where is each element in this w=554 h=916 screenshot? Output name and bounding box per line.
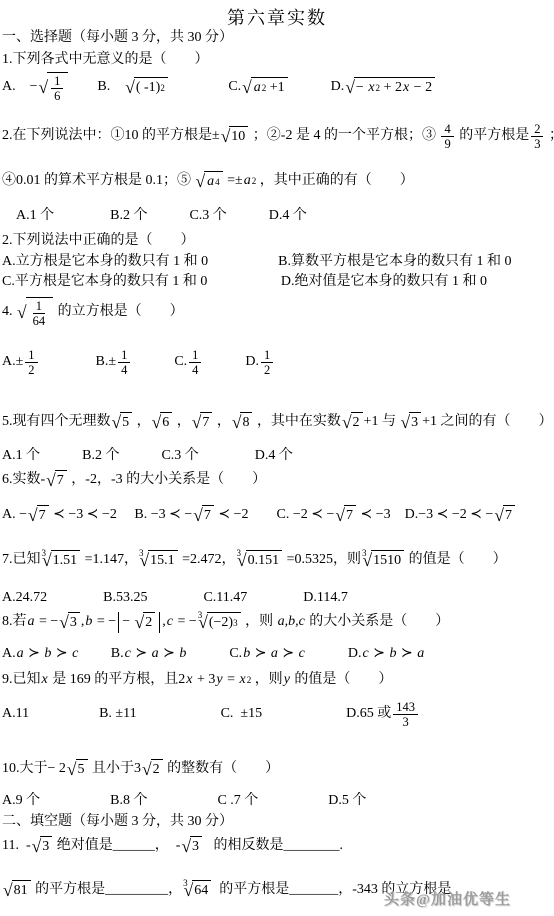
- math-exponent: 4: [215, 178, 220, 187]
- text-run: −: [356, 79, 367, 98]
- radicand: 5: [120, 412, 132, 433]
- math-square-root: √( -1)2: [125, 77, 168, 98]
- text-run: − 2: [410, 79, 432, 98]
- text-run: ，: [213, 413, 231, 432]
- question-1-stem: 1.下列各式中无意义的是（ ）: [2, 51, 209, 70]
- math-fraction: 1433: [393, 700, 418, 730]
- math-square-root: √2: [342, 412, 363, 433]
- text-run: ；: [545, 127, 554, 146]
- fraction-denominator: 6: [51, 89, 63, 103]
- question-4-stem: 4. √164 的立方根是（ ）: [2, 297, 184, 329]
- radicand: 10: [229, 126, 248, 147]
- radicand: 16: [47, 72, 68, 104]
- radicand: 8: [240, 412, 252, 433]
- text-run: 的值是（ ）: [291, 671, 393, 690]
- radicand: 3: [409, 412, 421, 433]
- question-10-options: A.9 个 B.8 个 C .7 个 D.5 个: [2, 792, 366, 811]
- text-run: A.9 个 B.8 个 C .7 个 D.5 个: [2, 792, 366, 811]
- question-9-stem: 9.已知x 是 169 的平方根，且2x + 3y = x2 ，则y 的值是（ …: [2, 671, 392, 690]
- text-run: ，则: [242, 613, 277, 632]
- math-variable: a: [243, 172, 252, 191]
- document-title: 第六章实数: [0, 4, 554, 30]
- math-absolute-value: − √2: [118, 612, 160, 633]
- text-run: A.1 个 B.2 个 C.3 个 D.4 个: [2, 207, 307, 226]
- question-6-stem: 6.实数-√7 ，-2，-3 的大小关系是（ ）: [2, 470, 266, 491]
- text-run: 6.实数-: [2, 471, 45, 490]
- math-variable: c: [71, 645, 79, 664]
- radicand: 0.151: [246, 550, 283, 571]
- math-square-root: √2: [135, 612, 156, 633]
- text-run: (−2): [209, 614, 233, 633]
- math-cube-root: 3√1510: [362, 550, 404, 571]
- math-variable: x: [367, 79, 375, 98]
- text-run: 8: [242, 414, 249, 433]
- math-fraction: 12: [25, 348, 37, 378]
- root-index: 3: [139, 547, 144, 559]
- text-run: 10.大于− 2: [2, 760, 66, 779]
- math-variable: a: [16, 645, 25, 664]
- text-run: 2: [153, 761, 160, 780]
- question-1-options: A. −√16 B. √( -1)2 C.√a2 +1 D.√− x2 + 2x…: [2, 72, 436, 104]
- text-run: 8.若: [2, 613, 27, 632]
- text-run: B.: [79, 645, 123, 664]
- text-run: 1.下列各式中无意义的是（ ）: [2, 51, 209, 70]
- text-run: + 3: [193, 671, 215, 690]
- text-run: 7: [505, 507, 512, 526]
- question-3-options-ab: A.立方根是它本身的数只有 1 和 0 B.算数平方根是它本身的数只有 1 和 …: [2, 253, 511, 272]
- math-variable: a: [416, 645, 425, 664]
- text-run: ≺ −3 D.−3 ≺ −2 ≺ −: [357, 506, 493, 525]
- text-run: =±: [224, 172, 243, 191]
- text-run: D.: [306, 645, 362, 664]
- text-run: 64: [194, 882, 208, 901]
- text-run: A.: [2, 645, 16, 664]
- section-2-heading: 二、填空题（每小题 3 分，共 30 分）: [2, 813, 233, 832]
- radicand: 1.51: [51, 550, 81, 571]
- radicand: 2: [351, 412, 363, 433]
- math-variable: b: [388, 645, 397, 664]
- math-exponent: 2: [160, 84, 165, 93]
- math-square-root: √a2 +1: [242, 77, 288, 98]
- math-fraction: 23: [531, 122, 543, 152]
- math-variable: a: [270, 645, 279, 664]
- radicand: 3: [40, 836, 52, 857]
- text-run: ，-2，-3 的大小关系是（ ）: [68, 471, 266, 490]
- text-run: 1.51: [53, 552, 78, 571]
- text-run: =2.472，: [179, 551, 236, 570]
- math-square-root: √3: [59, 612, 80, 633]
- root-index: 3: [42, 547, 47, 559]
- text-run: −: [122, 613, 133, 632]
- math-variable: a: [253, 79, 262, 98]
- radicand: 164: [26, 297, 54, 329]
- math-fraction: 14: [189, 348, 201, 378]
- fraction-numerator: 1: [33, 299, 45, 314]
- text-run: ；②-2 是 4 的一个平方根；③: [249, 127, 439, 146]
- radicand: 7: [55, 470, 67, 491]
- text-run: = −: [36, 613, 59, 632]
- root-index: 3: [183, 877, 188, 889]
- text-run: 的相反数是________.: [203, 837, 343, 856]
- text-run: 0.151: [248, 552, 280, 571]
- math-fraction: 16: [51, 74, 63, 104]
- text-run: 的值是（ ）: [405, 551, 507, 570]
- fraction-numerator: 2: [531, 122, 543, 137]
- text-run: 5: [78, 761, 85, 780]
- radicand: a2 +1: [251, 77, 288, 98]
- fraction-denominator: 9: [441, 137, 453, 151]
- text-run: 绝对值是______， -: [53, 837, 180, 856]
- watermark: 头条@加油优等生: [384, 888, 511, 909]
- math-cube-root: 3√(−2)3: [198, 612, 241, 633]
- math-square-root: √a4: [196, 171, 223, 192]
- question-3-stem: 2.下列说法中正确的是（ ）: [2, 232, 195, 251]
- math-variable: c: [362, 645, 370, 664]
- text-run: A. −: [2, 78, 38, 97]
- question-11: 11. -√3 绝对值是______， -√3 的相反数是________.: [2, 836, 343, 857]
- text-run: C.: [169, 78, 241, 97]
- text-run: ≻: [132, 645, 151, 664]
- text-run: 一、选择题（每小题 3 分，共 30 分）: [2, 29, 233, 48]
- math-variable: x: [185, 671, 193, 690]
- math-square-root: √7: [193, 505, 214, 526]
- question-5-stem: 5.现有四个无理数√5 ，√6 ，√7 ，√8 ，其中在实数√2+1 与 √3+…: [2, 412, 552, 433]
- fraction-denominator: 2: [261, 363, 273, 377]
- section-1-heading: 一、选择题（每小题 3 分，共 30 分）: [2, 29, 233, 48]
- math-variable: b: [178, 645, 187, 664]
- math-square-root: √2: [142, 759, 163, 780]
- math-variable: a: [206, 173, 215, 192]
- text-run: 2.下列说法中正确的是（ ）: [2, 232, 195, 251]
- fraction-numerator: 1: [25, 348, 37, 363]
- math-variable: x: [402, 79, 410, 98]
- radicand: 3: [190, 836, 202, 857]
- fraction-numerator: 1: [189, 348, 201, 363]
- question-8-options: A.a ≻ b ≻ c B.c ≻ a ≻ b C.b ≻ a ≻ c D.c …: [2, 645, 425, 664]
- math-fraction: 12: [261, 348, 273, 378]
- text-run: 7: [346, 507, 353, 526]
- math-cube-root: 3√15.1: [139, 550, 178, 571]
- math-variable: a: [151, 645, 160, 664]
- text-run: ，其中在实数: [253, 413, 341, 432]
- text-run: ，: [133, 413, 151, 432]
- text-run: 1510: [373, 552, 401, 571]
- text-run: +1 之间的有（ ）: [422, 413, 552, 432]
- text-run: 6: [162, 414, 169, 433]
- question-5-options: A.1 个 B.2 个 C.3 个 D.4 个: [2, 447, 293, 466]
- math-variable: c: [166, 613, 174, 632]
- math-square-root: √7: [46, 470, 67, 491]
- math-square-root: √7: [494, 505, 515, 526]
- fraction-denominator: 3: [531, 137, 543, 151]
- text-run: 7: [39, 507, 46, 526]
- radicand: 1510: [371, 550, 404, 571]
- text-run: 的大小关系是（ ）: [306, 613, 450, 632]
- text-run: 是 169 的平方根，且2: [49, 671, 186, 690]
- text-run: A.11 B. ±11 C. ±15 D.65 或: [2, 705, 391, 724]
- text-run: 2: [353, 414, 360, 433]
- math-square-root: √5: [67, 759, 88, 780]
- text-run: 11. -: [2, 837, 31, 856]
- text-run: +1: [266, 79, 284, 98]
- root-index: 3: [362, 547, 367, 559]
- radicand: 2: [151, 759, 163, 780]
- math-square-root: √10: [221, 126, 249, 147]
- text-run: C.: [132, 353, 187, 372]
- question-2-line-1: 2.在下列说法中：①10 的平方根是±√10 ；②-2 是 4 的一个平方根；③…: [2, 122, 554, 152]
- text-run: 9.已知: [2, 671, 41, 690]
- math-variable: y: [215, 671, 223, 690]
- math-variable: x: [238, 671, 246, 690]
- text-run: D.: [203, 353, 259, 372]
- math-variable: b: [84, 613, 93, 632]
- text-run: ≻: [251, 645, 270, 664]
- text-run: C.平方根是它本身的数只有 1 和 0 D.绝对值是它本身的数只有 1 和 0: [2, 273, 487, 292]
- radicand: 7: [344, 505, 356, 526]
- fraction-numerator: 1: [118, 348, 130, 363]
- math-variable: c: [298, 645, 306, 664]
- math-variable: x: [41, 671, 49, 690]
- radicand: (−2)3: [207, 612, 241, 633]
- radicand: − x2 + 2x − 2: [354, 77, 435, 98]
- text-run: 7: [202, 414, 209, 433]
- text-run: ≻: [25, 645, 44, 664]
- text-run: 10: [231, 128, 245, 147]
- text-run: B.±: [40, 353, 117, 372]
- text-run: A.1 个 B.2 个 C.3 个 D.4 个: [2, 447, 293, 466]
- text-run: 81: [14, 882, 28, 901]
- question-7-options: A.24.72 B.53.25 C.11.47 D.114.7: [2, 589, 348, 608]
- fraction-numerator: 1: [261, 348, 273, 363]
- text-run: 且小于3: [89, 760, 142, 779]
- text-run: 4.: [2, 303, 16, 322]
- question-6-options: A. −√7 ≺ −3 ≺ −2 B. −3 ≺ −√7 ≺ −2 C. −2 …: [2, 505, 516, 526]
- math-square-root: √16: [39, 72, 69, 104]
- fraction-denominator: 64: [30, 314, 49, 328]
- text-run: 7.已知: [2, 551, 41, 570]
- radicand: 64: [192, 880, 211, 901]
- fraction-denominator: 2: [25, 363, 37, 377]
- fraction-numerator: 1: [51, 74, 63, 89]
- text-run: 2: [145, 614, 152, 633]
- root-index: 3: [198, 609, 203, 621]
- math-fraction: 14: [118, 348, 130, 378]
- math-square-root: √81: [3, 880, 31, 901]
- text-run: ④0.01 的算术平方根是 0.1；⑤: [2, 172, 195, 191]
- math-cube-root: 3√0.151: [237, 550, 283, 571]
- text-run: ，其中正确的有（ ）: [256, 172, 414, 191]
- text-run: 5: [122, 414, 129, 433]
- radicand: 2: [143, 612, 155, 633]
- text-run: 3: [42, 838, 49, 857]
- text-run: 的整数有（ ）: [164, 760, 280, 779]
- math-square-root: √5: [112, 412, 133, 433]
- text-run: B.: [69, 78, 124, 97]
- text-run: 的平方根是: [456, 127, 530, 146]
- math-square-root: √3: [181, 836, 202, 857]
- question-3-options-cd: C.平方根是它本身的数只有 1 和 0 D.绝对值是它本身的数只有 1 和 0: [2, 273, 487, 292]
- radicand: 81: [12, 880, 31, 901]
- radicand: 6: [160, 412, 172, 433]
- math-variable: b: [242, 645, 251, 664]
- text-run: ( -1): [136, 79, 161, 98]
- math-exponent: 3: [233, 619, 238, 628]
- text-run: 7: [204, 507, 211, 526]
- radicand: ( -1)2: [134, 77, 168, 98]
- math-cube-root: 3√64: [183, 880, 211, 901]
- math-fraction: 164: [30, 299, 49, 329]
- worksheet-page: 第六章实数 一、选择题（每小题 3 分，共 30 分）1.下列各式中无意义的是（…: [0, 0, 554, 916]
- math-square-root: √8: [232, 412, 253, 433]
- text-run: C.: [187, 645, 242, 664]
- question-2-line-2: ④0.01 的算术平方根是 0.1；⑤ √a4 =±a2 ，其中正确的有（ ）: [2, 171, 414, 192]
- text-run: = −: [174, 613, 197, 632]
- text-run: =1.147，: [81, 551, 138, 570]
- math-variable: a: [27, 613, 36, 632]
- fraction-numerator: 4: [441, 122, 453, 137]
- text-run: ≻: [160, 645, 179, 664]
- text-run: = −: [93, 613, 116, 632]
- math-square-root: √164: [17, 297, 53, 329]
- text-run: ≻: [370, 645, 389, 664]
- text-run: A.24.72 B.53.25 C.11.47 D.114.7: [2, 589, 348, 608]
- text-run: A. −: [2, 506, 27, 525]
- fraction-denominator: 4: [189, 363, 201, 377]
- question-4-options: A.±12 B.±14 C.14 D.12: [2, 348, 275, 378]
- question-10-stem: 10.大于− 2√5 且小于3√2 的整数有（ ）: [2, 759, 279, 780]
- text-run: ≺ −2 C. −2 ≺ −: [215, 506, 335, 525]
- math-variable: c: [124, 645, 132, 664]
- text-run: ≺ −3 ≺ −2 B. −3 ≺ −: [50, 506, 193, 525]
- math-square-root: √7: [192, 412, 213, 433]
- text-run: ，: [173, 413, 191, 432]
- text-run: 的平方根是_________，: [32, 881, 183, 900]
- text-run: ≻: [397, 645, 416, 664]
- math-variable: b: [43, 645, 52, 664]
- radicand: a4: [204, 171, 223, 192]
- question-7-stem: 7.已知3√1.51 =1.147，3√15.1 =2.472，3√0.151 …: [2, 550, 507, 571]
- text-run: 5.现有四个无理数: [2, 413, 111, 432]
- text-run: =0.5325，则: [283, 551, 361, 570]
- text-run: 7: [57, 472, 64, 491]
- math-square-root: √7: [28, 505, 49, 526]
- math-square-root: √7: [335, 505, 356, 526]
- text-run: 的立方根是（ ）: [54, 303, 184, 322]
- text-run: + 2: [380, 79, 402, 98]
- text-run: +1 与: [364, 413, 400, 432]
- text-run: 3: [70, 614, 77, 633]
- text-run: =: [224, 671, 239, 690]
- radicand: 7: [202, 505, 214, 526]
- text-run: 15.1: [150, 552, 175, 571]
- math-square-root: √3: [400, 412, 421, 433]
- text-run: 2.在下列说法中：①10 的平方根是±: [2, 127, 220, 146]
- question-2-options: A.1 个 B.2 个 C.3 个 D.4 个: [2, 207, 307, 226]
- math-square-root: √− x2 + 2x − 2: [345, 77, 435, 98]
- math-square-root: √6: [152, 412, 173, 433]
- question-9-options: A.11 B. ±11 C. ±15 D.65 或1433: [2, 700, 420, 730]
- math-variable: y: [283, 671, 291, 690]
- radicand: 3: [68, 612, 80, 633]
- text-run: 3: [411, 414, 418, 433]
- text-run: D.: [289, 78, 345, 97]
- radicand: 7: [37, 505, 49, 526]
- text-run: ≻: [52, 645, 71, 664]
- question-8-stem: 8.若a = −√3,b = −− √2,c = −3√(−2)3 ，则 a,b…: [2, 612, 449, 633]
- radicand: 5: [76, 759, 88, 780]
- fraction-denominator: 3: [399, 715, 411, 729]
- radicand: 7: [503, 505, 515, 526]
- text-run: 3: [192, 838, 199, 857]
- text-run: A.立方根是它本身的数只有 1 和 0 B.算数平方根是它本身的数只有 1 和 …: [2, 253, 511, 272]
- math-fraction: 49: [441, 122, 453, 152]
- fraction-denominator: 4: [118, 363, 130, 377]
- radicand: 15.1: [148, 550, 178, 571]
- text-run: 二、填空题（每小题 3 分，共 30 分）: [2, 813, 233, 832]
- fraction-numerator: 143: [393, 700, 418, 715]
- math-square-root: √3: [32, 836, 53, 857]
- math-variable: a,b,c: [277, 613, 306, 632]
- radicand: 7: [200, 412, 212, 433]
- root-index: 3: [237, 547, 242, 559]
- text-run: A.±: [2, 353, 23, 372]
- text-run: ，则: [251, 671, 283, 690]
- text-run: ≻: [279, 645, 298, 664]
- math-cube-root: 3√1.51: [42, 550, 81, 571]
